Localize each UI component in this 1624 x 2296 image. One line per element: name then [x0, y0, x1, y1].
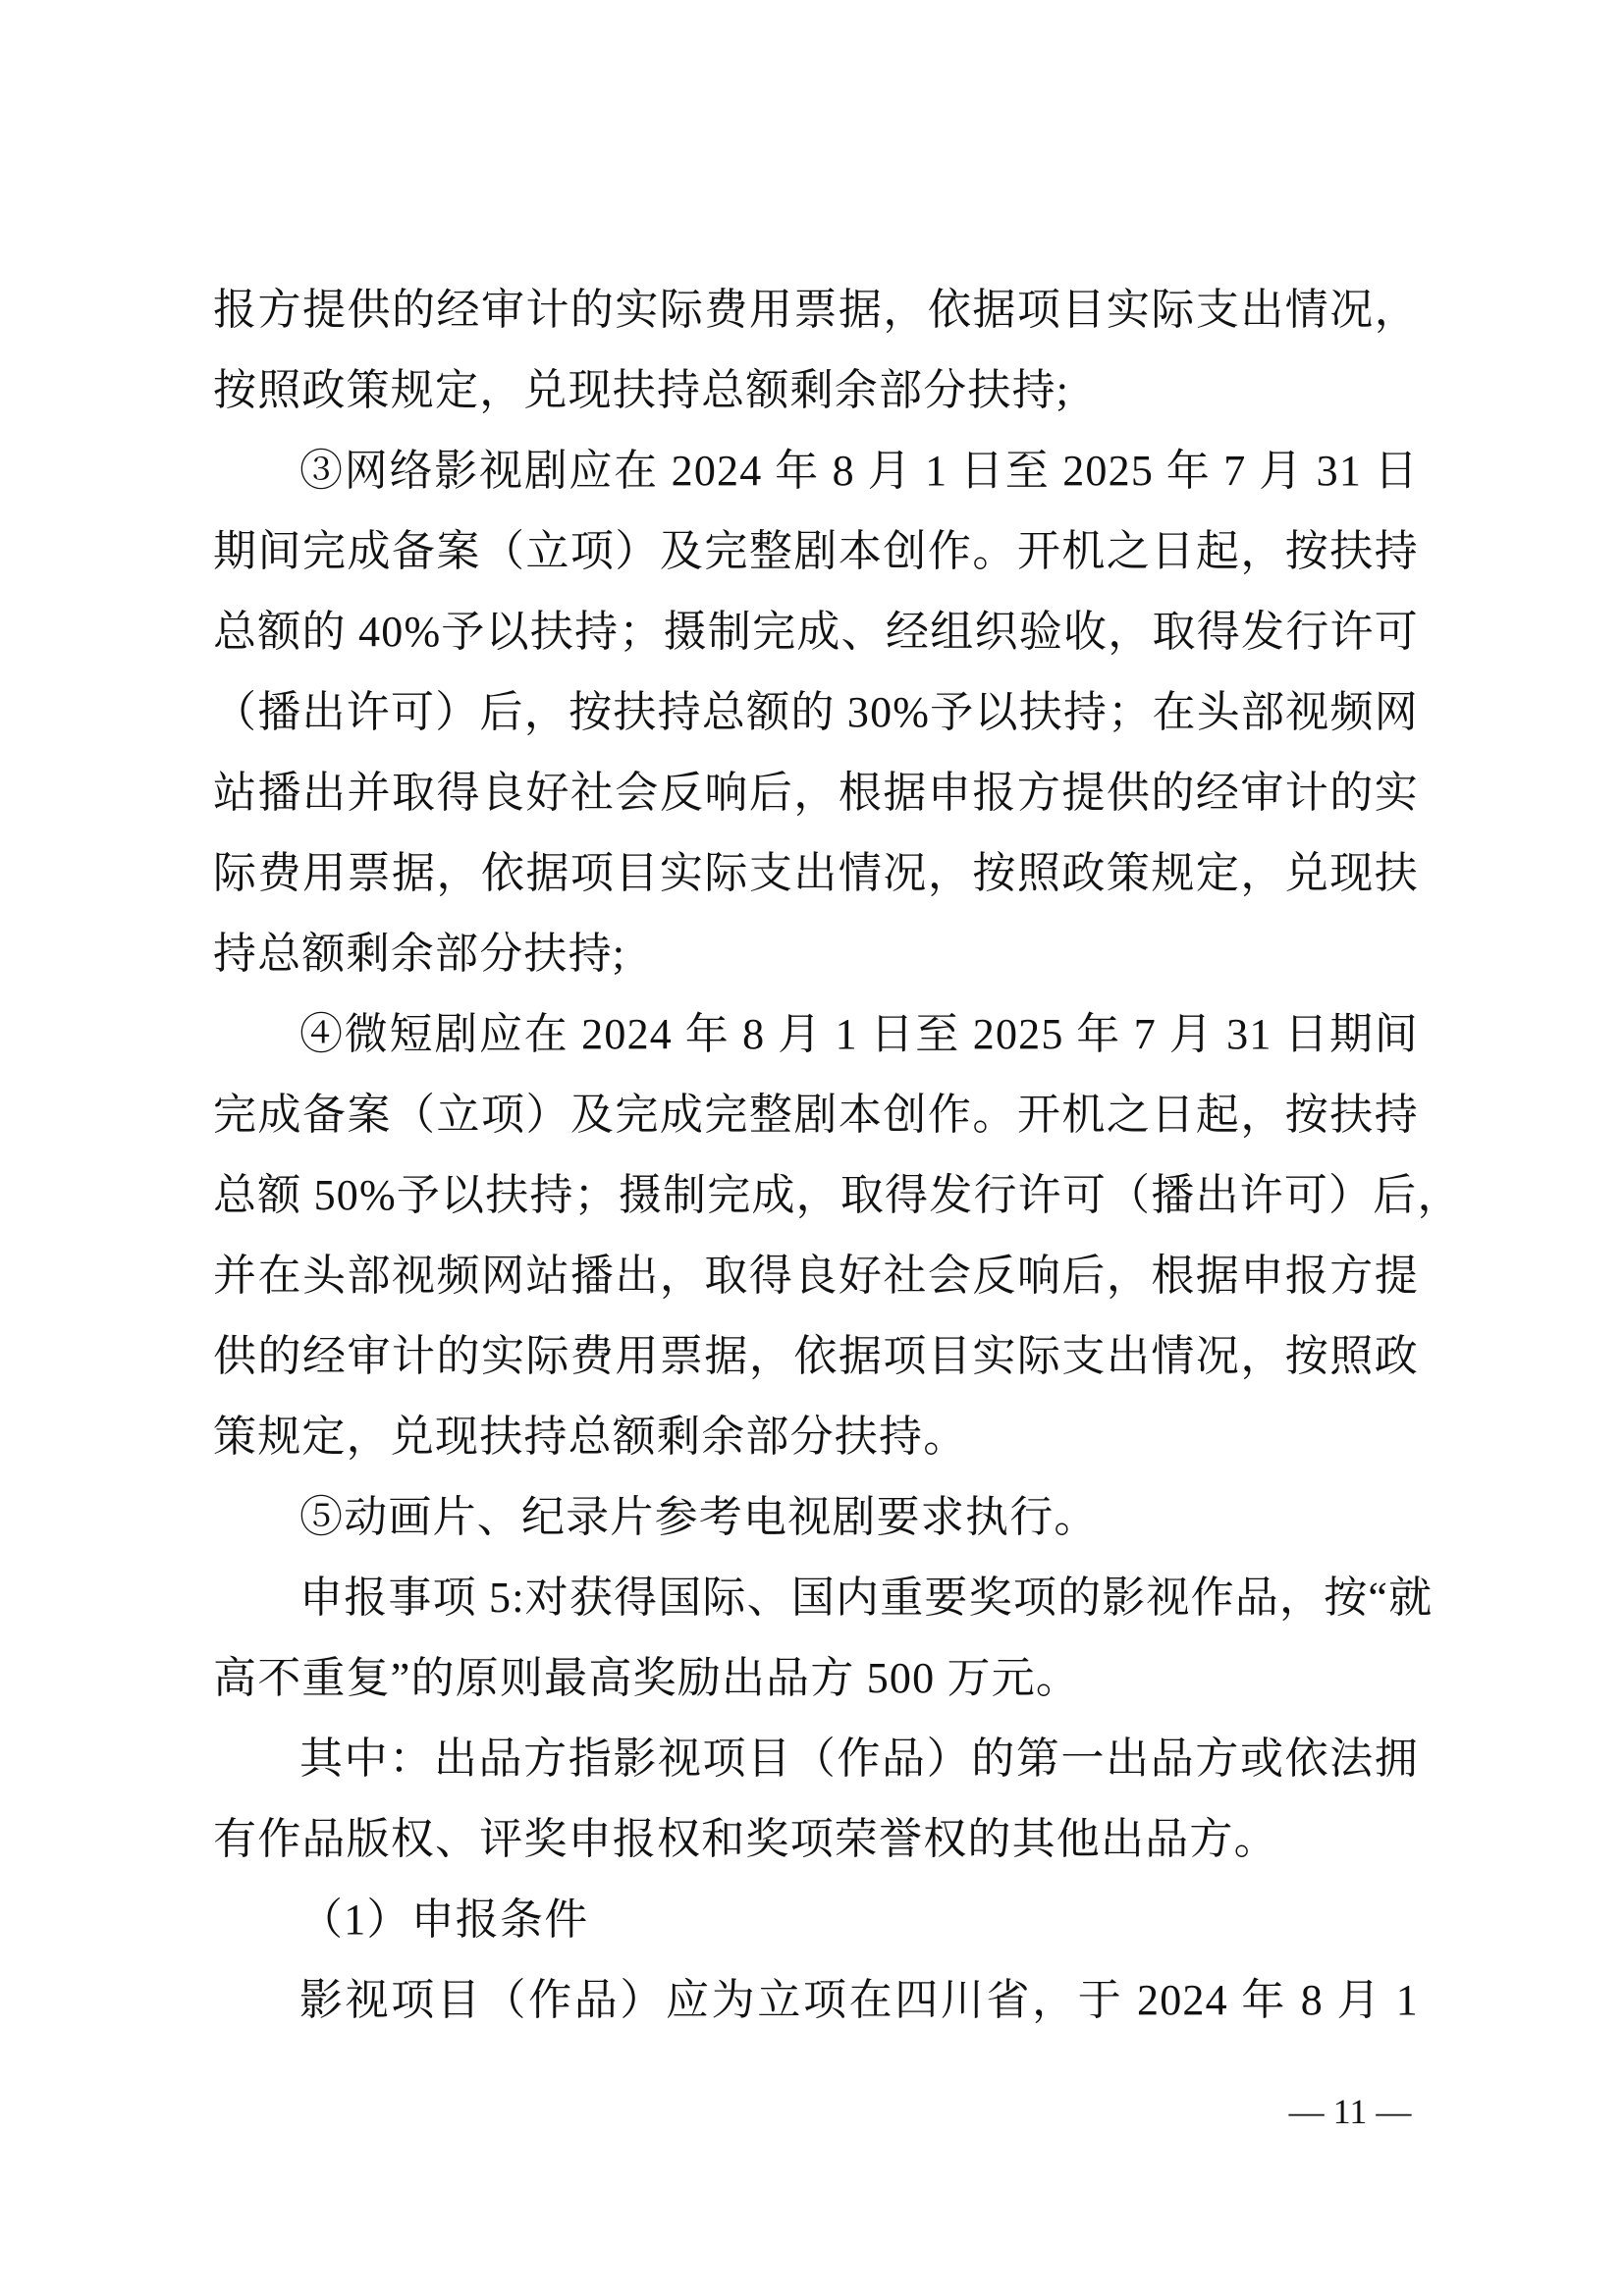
document-page: 报方提供的经审计的实际费用票据，依据项目实际支出情况， 按照政策规定，兑现扶持总… [0, 0, 1624, 2296]
page-number: — 11 — [1276, 2089, 1424, 2134]
item-5-animation-documentary: ⑤动画片、纪录片参考电视剧要求执行。 [213, 1477, 1419, 1558]
section-heading-application-conditions: （1）申报条件 [213, 1880, 1419, 1960]
text-line-22: 影视项目（作品）应为立项在四川省，于 2024 年 8 月 1 [213, 1960, 1419, 2041]
text-line-12: 总额 50%予以扶持；摄制完成，取得发行许可（播出许可）后， [213, 1155, 1419, 1236]
text-line-1: 报方提供的经审计的实际费用票据，依据项目实际支出情况， [213, 270, 1419, 350]
text-line-8: 际费用票据，依据项目实际支出情况，按照政策规定，兑现扶 [213, 833, 1419, 914]
text-line-5: 总额的 40%予以扶持；摄制完成、经组织验收，取得发行许可 [213, 592, 1419, 672]
item-3-online-drama: ③网络影视剧应在 2024 年 8 月 1 日至 2025 年 7 月 31 日 [213, 431, 1419, 511]
text-line-6: （播出许可）后，按扶持总额的 30%予以扶持；在头部视频网 [213, 672, 1419, 753]
text-line-4: 期间完成备案（立项）及完整剧本创作。开机之日起，按扶持 [213, 511, 1419, 592]
text-line-9: 持总额剩余部分扶持; [213, 914, 1419, 994]
text-line-2: 按照政策规定，兑现扶持总额剩余部分扶持; [213, 350, 1419, 431]
text-line-18: 高不重复”的原则最高奖励出品方 500 万元。 [213, 1638, 1419, 1719]
producer-definition: 其中：出品方指影视项目（作品）的第一出品方或依法拥 [213, 1719, 1419, 1799]
text-line-13: 并在头部视频网站播出，取得良好社会反响后，根据申报方提 [213, 1236, 1419, 1316]
text-line-11: 完成备案（立项）及完成完整剧本创作。开机之日起，按扶持 [213, 1075, 1419, 1155]
text-line-7: 站播出并取得良好社会反响后，根据申报方提供的经审计的实 [213, 753, 1419, 833]
body-text: 报方提供的经审计的实际费用票据，依据项目实际支出情况， 按照政策规定，兑现扶持总… [213, 270, 1419, 2041]
text-line-20: 有作品版权、评奖申报权和奖项荣誉权的其他出品方。 [213, 1799, 1419, 1880]
item-4-micro-drama: ④微短剧应在 2024 年 8 月 1 日至 2025 年 7 月 31 日期间 [213, 994, 1419, 1075]
text-line-15: 策规定，兑现扶持总额剩余部分扶持。 [213, 1397, 1419, 1477]
text-line-14: 供的经审计的实际费用票据，依据项目实际支出情况，按照政 [213, 1316, 1419, 1397]
application-item-5: 申报事项 5:对获得国际、国内重要奖项的影视作品，按“就 [213, 1558, 1419, 1638]
